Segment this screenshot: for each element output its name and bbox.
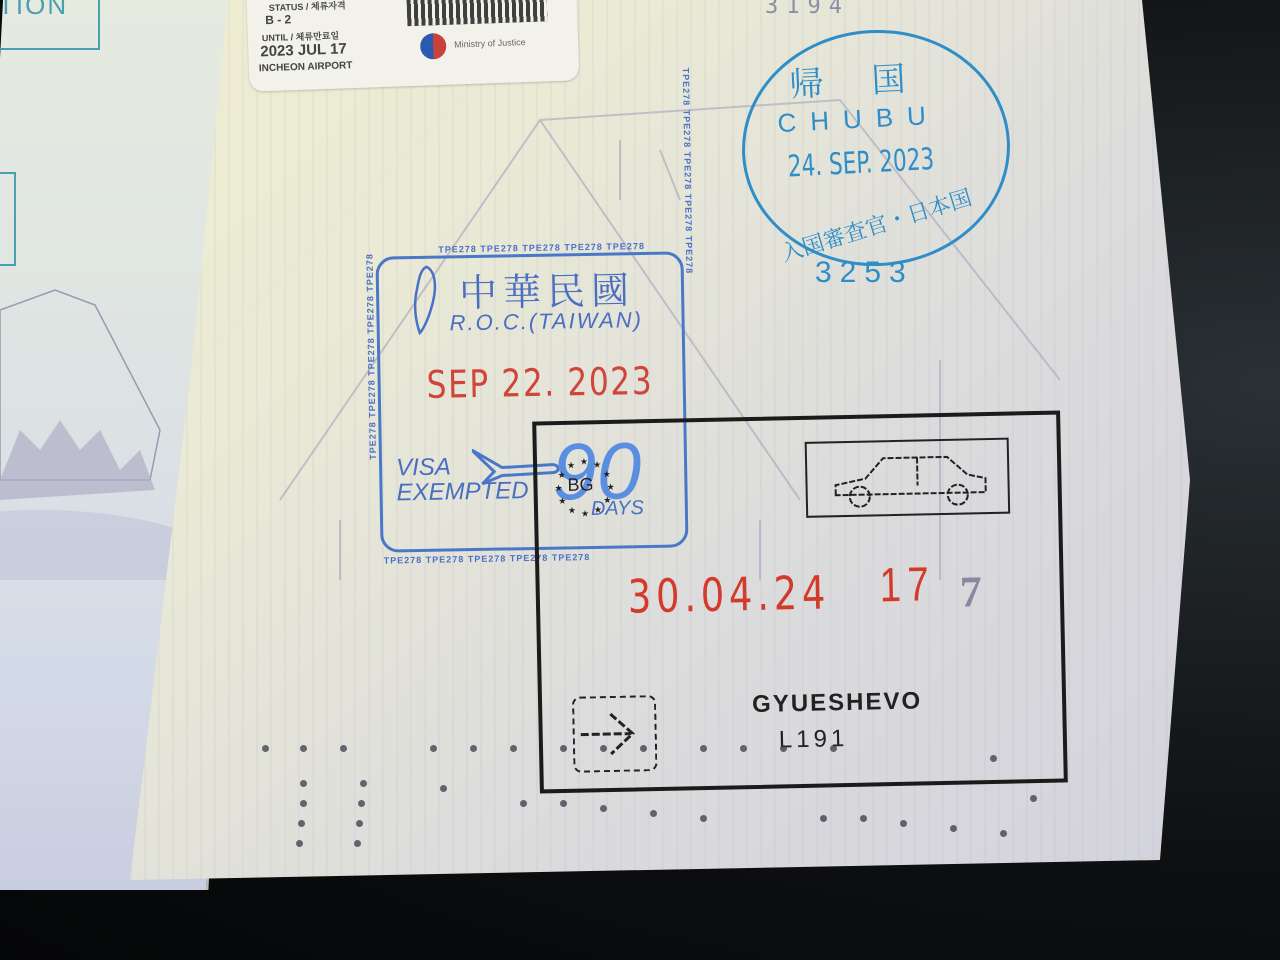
korea-government-logo-icon [420,33,447,60]
perforation-dot [262,745,269,752]
perforation-dot [600,805,607,812]
perforation-dot [650,810,657,817]
perforation-dot [340,745,347,752]
perforation-dot [700,815,707,822]
perforation-dot [520,800,527,807]
perforation-dot [358,800,365,807]
korea-visa-sticker: STATUS / 체류자격 B - 2 UNTIL / 체류만료일 2023 J… [246,0,579,92]
perforation-dot [740,745,747,752]
bulgaria-border-point: GYUESHEVO [752,687,923,719]
bulgaria-stamp-date: 30.04.24 [627,565,830,623]
perforation-dot [700,745,707,752]
perforation-dot [298,820,305,827]
visa-type: B - 2 [265,12,291,27]
perforation-dot [900,820,907,827]
svg-text:★: ★ [593,460,601,470]
perforation-dot [640,745,647,752]
perforation-dot [600,745,607,752]
bulgaria-entry-stamp: ★★★★★★★★★★★★ BG 30.04.24 17 7 GYUESHEVO … [532,411,1068,794]
perforation-dot [300,745,307,752]
taiwan-stamp-date: SEP 22. 2023 [426,359,653,407]
perforation-dot [470,745,477,752]
until-date: 2023 JUL 17 [260,40,347,60]
perforation-dot [296,840,303,847]
visa-exempted-label: VISA EXEMPTED [396,453,529,506]
svg-text:★: ★ [580,456,588,466]
perforation-dot [560,800,567,807]
perforation-dot [780,745,787,752]
perforation-dot [354,840,361,847]
perforation-dot [1000,830,1007,837]
taiwan-country-en: R.O.C.(TAIWAN) [449,307,643,336]
perforation-dot [830,745,837,752]
perforation-dot [1030,795,1037,802]
svg-text:★: ★ [558,496,566,506]
perforation-dot [560,745,567,752]
bulgaria-country-code: BG [567,474,593,496]
japan-officer-number: 3253 [815,256,914,290]
taiwan-map-icon [409,265,440,336]
port-of-entry: INCHEON AIRPORT [259,60,353,74]
perforation-dot [820,815,827,822]
svg-text:★: ★ [581,508,589,518]
japan-stamp-date: 24. SEP. 2023 [787,142,935,185]
perforation-dot [300,800,307,807]
partial-stamp-left: TION [0,0,100,50]
bulgaria-stamp-hour: 17 [879,557,936,613]
svg-text:★: ★ [603,495,611,505]
svg-text:★: ★ [568,505,576,515]
perforation-dot [510,745,517,752]
bulgaria-officer-code: L191 [779,725,849,754]
perforation-dot [360,780,367,787]
perforation-dot [860,815,867,822]
perforation-dot [950,825,957,832]
svg-text:★: ★ [603,469,611,479]
handwritten-mark: 7 [959,566,982,617]
perforation-dot [990,755,997,762]
svg-text:★: ★ [558,470,566,480]
car-icon [805,438,1011,518]
japan-stamp-kanji: 帰国 [788,49,954,107]
perforation-dot [440,785,447,792]
perforation-dot [430,745,437,752]
svg-text:★: ★ [594,505,602,515]
svg-text:★: ★ [554,483,562,493]
qr-code [406,0,547,26]
perforation-dot [300,780,307,787]
japan-top-number: 3194 [765,0,850,19]
issuer-label: Ministry of Justice [454,37,526,49]
entry-arrow-icon [572,695,658,773]
svg-text:★: ★ [606,482,614,492]
perforation-dot [356,820,363,827]
svg-text:★: ★ [567,460,575,470]
